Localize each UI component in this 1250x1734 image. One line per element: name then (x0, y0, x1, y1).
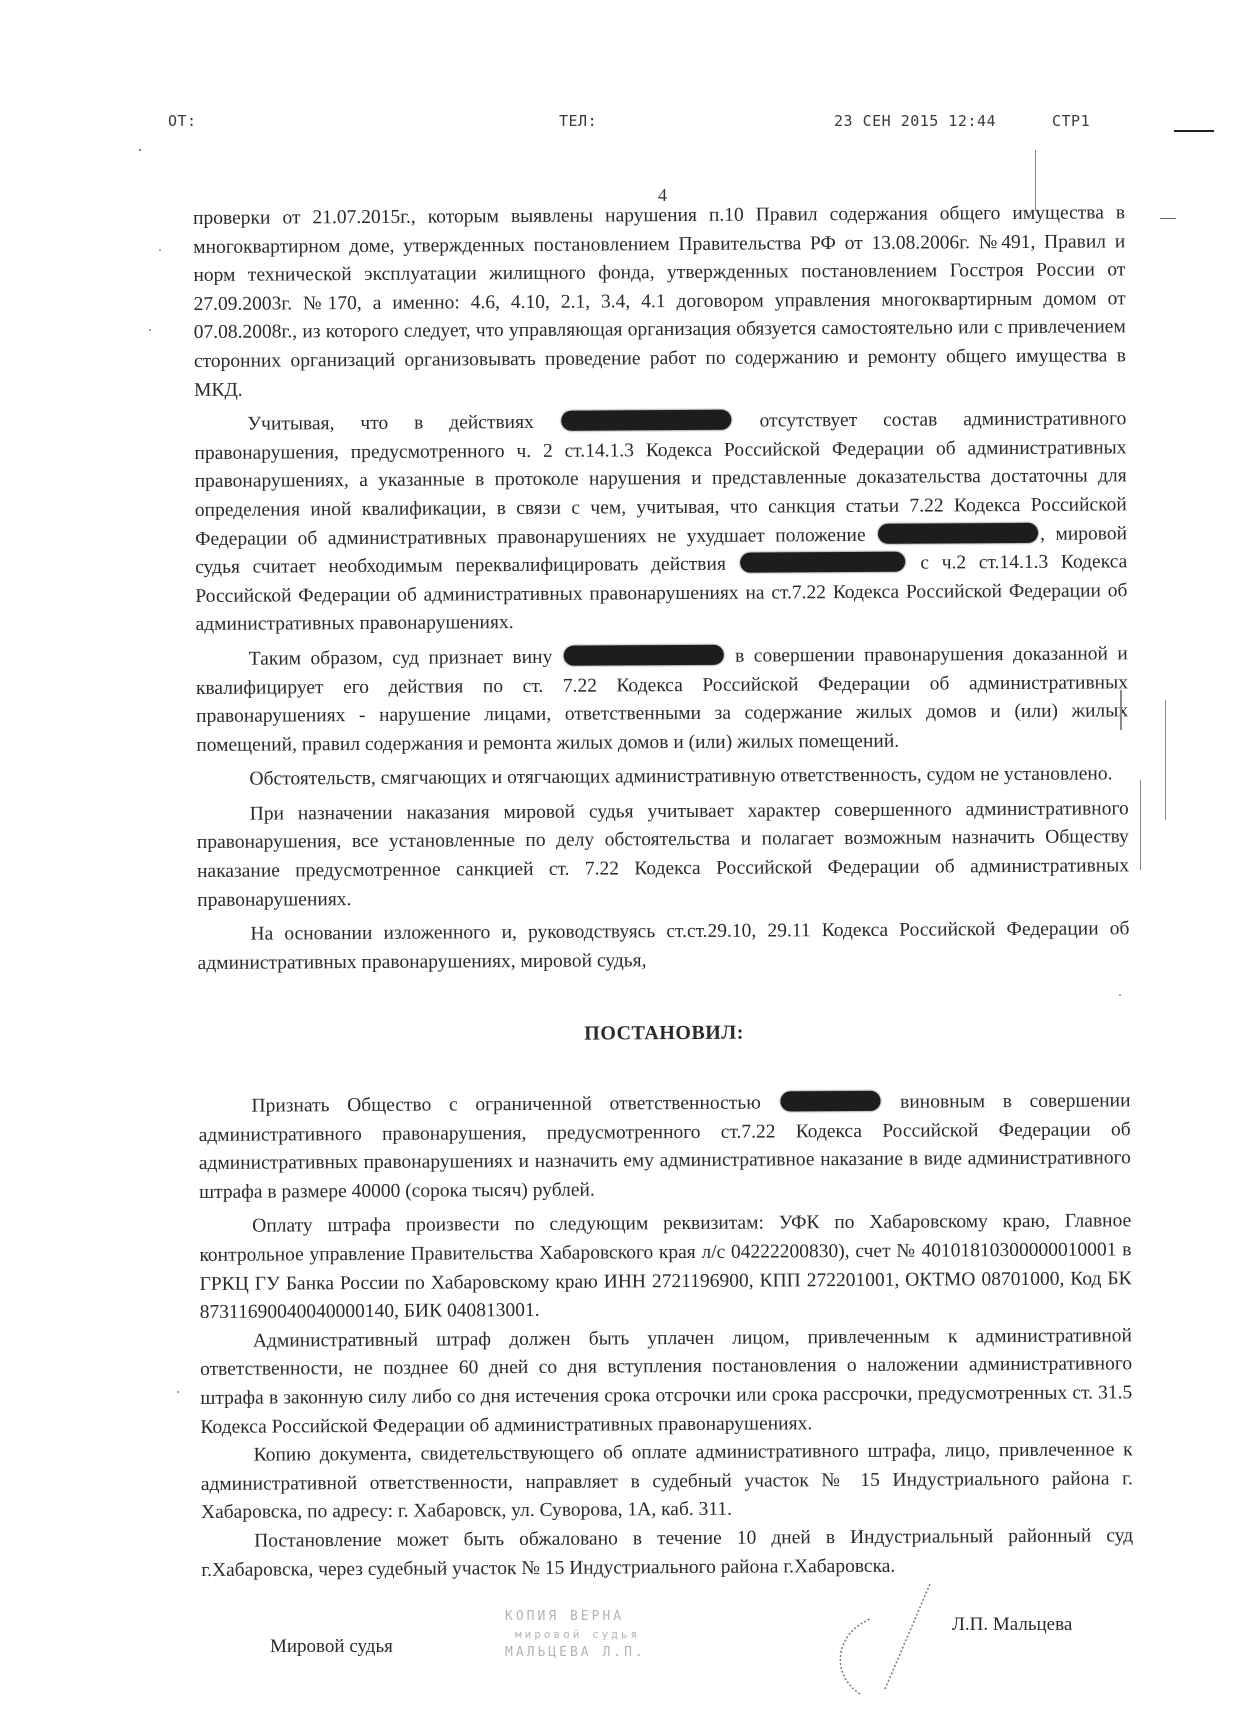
paragraph-inspection: проверки от 21.07.2015г., которым выявле… (193, 199, 1126, 405)
judge-position-label: Мировой судья (270, 1636, 393, 1658)
redaction-mark (741, 552, 906, 573)
text-segment: Признать Общество с ограниченной ответст… (251, 1093, 760, 1117)
stamp-line: мировой судья (505, 1626, 705, 1644)
document-body: проверки от 21.07.2015г., которым выявле… (193, 199, 1133, 1585)
paragraph-payment-deadline: Административный штраф должен быть уплач… (200, 1322, 1133, 1442)
fax-page-label: СТР1 (1052, 112, 1090, 130)
stamp-line: МАЛЬЦЕВА Л.П. (505, 1644, 705, 1662)
paragraph-basis: На основании изложенного и, руководствуя… (197, 916, 1129, 979)
signature-block: Мировой судья КОПИЯ ВЕРНА мировой судья … (0, 1614, 1250, 1724)
ruling-title: ПОСТАНОВИЛ: (198, 1017, 1130, 1051)
redaction-mark (562, 410, 732, 431)
fax-tel-label: ТЕЛ: (559, 112, 597, 130)
stamp-line: КОПИЯ ВЕРНА (505, 1608, 705, 1626)
paragraph-considering: Учитывая, что в действиях отсутствует со… (194, 405, 1127, 639)
redaction-mark (564, 645, 724, 666)
copy-certified-stamp: КОПИЯ ВЕРНА мировой судья МАЛЬЦЕВА Л.П. (505, 1608, 705, 1708)
paragraph-guilt: Таким образом, суд признает вину в совер… (196, 640, 1129, 760)
paragraph-ruling: Признать Общество с ограниченной ответст… (198, 1087, 1131, 1207)
handwritten-signature-icon (790, 1574, 950, 1714)
paragraph-appeal: Постановление может быть обжаловано в те… (201, 1522, 1133, 1585)
fax-header: ОТ: ТЕЛ: 23 СЕН 2015 12:44 СТР1 (0, 112, 1250, 136)
paragraph-payment-details: Оплату штрафа произвести по следующим ре… (199, 1208, 1132, 1328)
text-segment: Таким образом, суд признает вину (249, 647, 553, 670)
fax-datetime: 23 СЕН 2015 12:44 (834, 112, 996, 130)
redaction-mark (878, 522, 1038, 543)
paragraph-receipt-copy: Копию документа, свидетельствующего об о… (201, 1436, 1134, 1527)
redaction-mark (780, 1091, 880, 1112)
text-segment: Учитывая, что в действиях (247, 412, 534, 435)
paragraph-punishment: При назначении наказания мировой судья у… (197, 795, 1130, 915)
fax-from-label: ОТ: (168, 112, 197, 130)
edge-mark (1160, 218, 1176, 219)
judge-name: Л.П. Мальцева (952, 1614, 1072, 1636)
edge-mark (1174, 130, 1214, 132)
paragraph-circumstances: Обстоятельств, смягчающих и отягчающих а… (196, 761, 1128, 795)
